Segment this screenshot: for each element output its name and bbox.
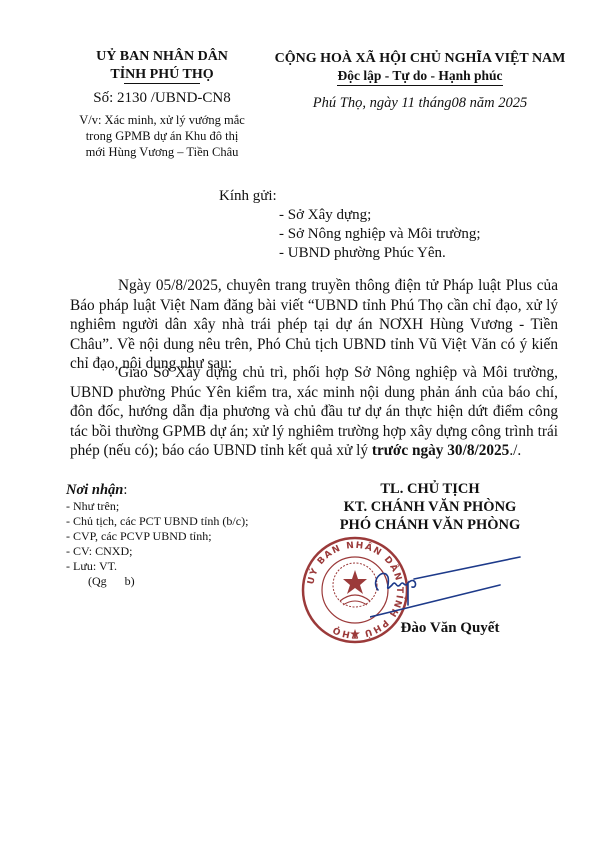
distribution-title-text: Nơi nhận <box>66 482 123 498</box>
body-paragraph-2: Giao Sở Xây dựng chủ trì, phối hợp Sở Nô… <box>70 363 558 461</box>
nation-title: CỘNG HOÀ XÃ HỘI CHỦ NGHĨA VIỆT NAM <box>255 50 585 67</box>
distribution-item: - Lưu: VT. <box>66 559 306 574</box>
handwritten-signature-icon <box>370 555 530 625</box>
national-header-block: CỘNG HOÀ XÃ HỘI CHỦ NGHĨA VIỆT NAM Độc l… <box>255 50 585 112</box>
reference-code: (Qg b) <box>66 574 306 589</box>
body-paragraph-1: Ngày 05/8/2025, chuyên trang truyền thôn… <box>70 276 558 374</box>
national-motto: Độc lập - Tự do - Hạnh phúc <box>337 67 502 84</box>
addressees-block: Kính gửi: - Sở Xây dựng; - Sở Nông nghiệ… <box>219 187 539 263</box>
document-subject: V/v: Xác minh, xử lý vướng mắc trong GPM… <box>62 112 262 160</box>
place-date: Phú Thọ, ngày 11 tháng08 năm 2025 <box>255 94 585 112</box>
addressee-item: - Sở Xây dựng; <box>279 206 539 225</box>
distribution-item: - Như trên; <box>66 499 306 514</box>
motto-text: Độc lập - Tự do - Hạnh phúc <box>337 68 502 83</box>
subject-line: V/v: Xác minh, xử lý vướng mắc <box>62 112 262 128</box>
issuing-authority-block: UỶ BAN NHÂN DÂN TỈNH PHÚ THỌ Số: 2130 /U… <box>62 48 262 160</box>
paragraph-text: Ngày 05/8/2025, chuyên trang truyền thôn… <box>70 277 558 372</box>
subject-line: trong GPMB dự án Khu đô thị <box>62 128 262 144</box>
document-number: Số: 2130 /UBND-CN8 <box>62 89 262 107</box>
addressee-item: - UBND phường Phúc Yên. <box>279 244 539 263</box>
header-underline <box>124 83 199 84</box>
motto-underline <box>337 85 502 86</box>
distribution-list: Nơi nhận: - Như trên; - Chủ tịch, các PC… <box>66 481 306 589</box>
distribution-item: - Chủ tịch, các PCT UBND tỉnh (b/c); <box>66 514 306 529</box>
distribution-item: - CV: CNXD; <box>66 544 306 559</box>
province-name: TỈNH PHÚ THỌ <box>110 66 213 83</box>
greeting: Kính gửi: <box>219 187 539 206</box>
subject-line: mới Hùng Vương – Tiền Châu <box>62 144 262 160</box>
signer-name: Đào Văn Quyết <box>350 620 550 637</box>
signature-titles: TL. CHỦ TỊCH KT. CHÁNH VĂN PHÒNG PHÓ CHÁ… <box>290 480 570 534</box>
organization-name: UỶ BAN NHÂN DÂN <box>62 48 262 65</box>
signature-title-line: PHÓ CHÁNH VĂN PHÒNG <box>290 516 570 534</box>
deadline: trước ngày 30/8/2025 <box>372 442 509 459</box>
signature-title-line: KT. CHÁNH VĂN PHÒNG <box>290 498 570 516</box>
signature-title-line: TL. CHỦ TỊCH <box>290 480 570 498</box>
distribution-title: Nơi nhận: <box>66 481 306 499</box>
province-name-text: TỈNH PHÚ THỌ <box>110 67 213 82</box>
addressee-list: - Sở Xây dựng; - Sở Nông nghiệp và Môi t… <box>219 206 539 263</box>
colon: : <box>123 482 127 498</box>
paragraph-end: ./. <box>509 442 521 459</box>
addressee-item: - Sở Nông nghiệp và Môi trường; <box>279 225 539 244</box>
distribution-item: - CVP, các PCVP UBND tỉnh; <box>66 529 306 544</box>
